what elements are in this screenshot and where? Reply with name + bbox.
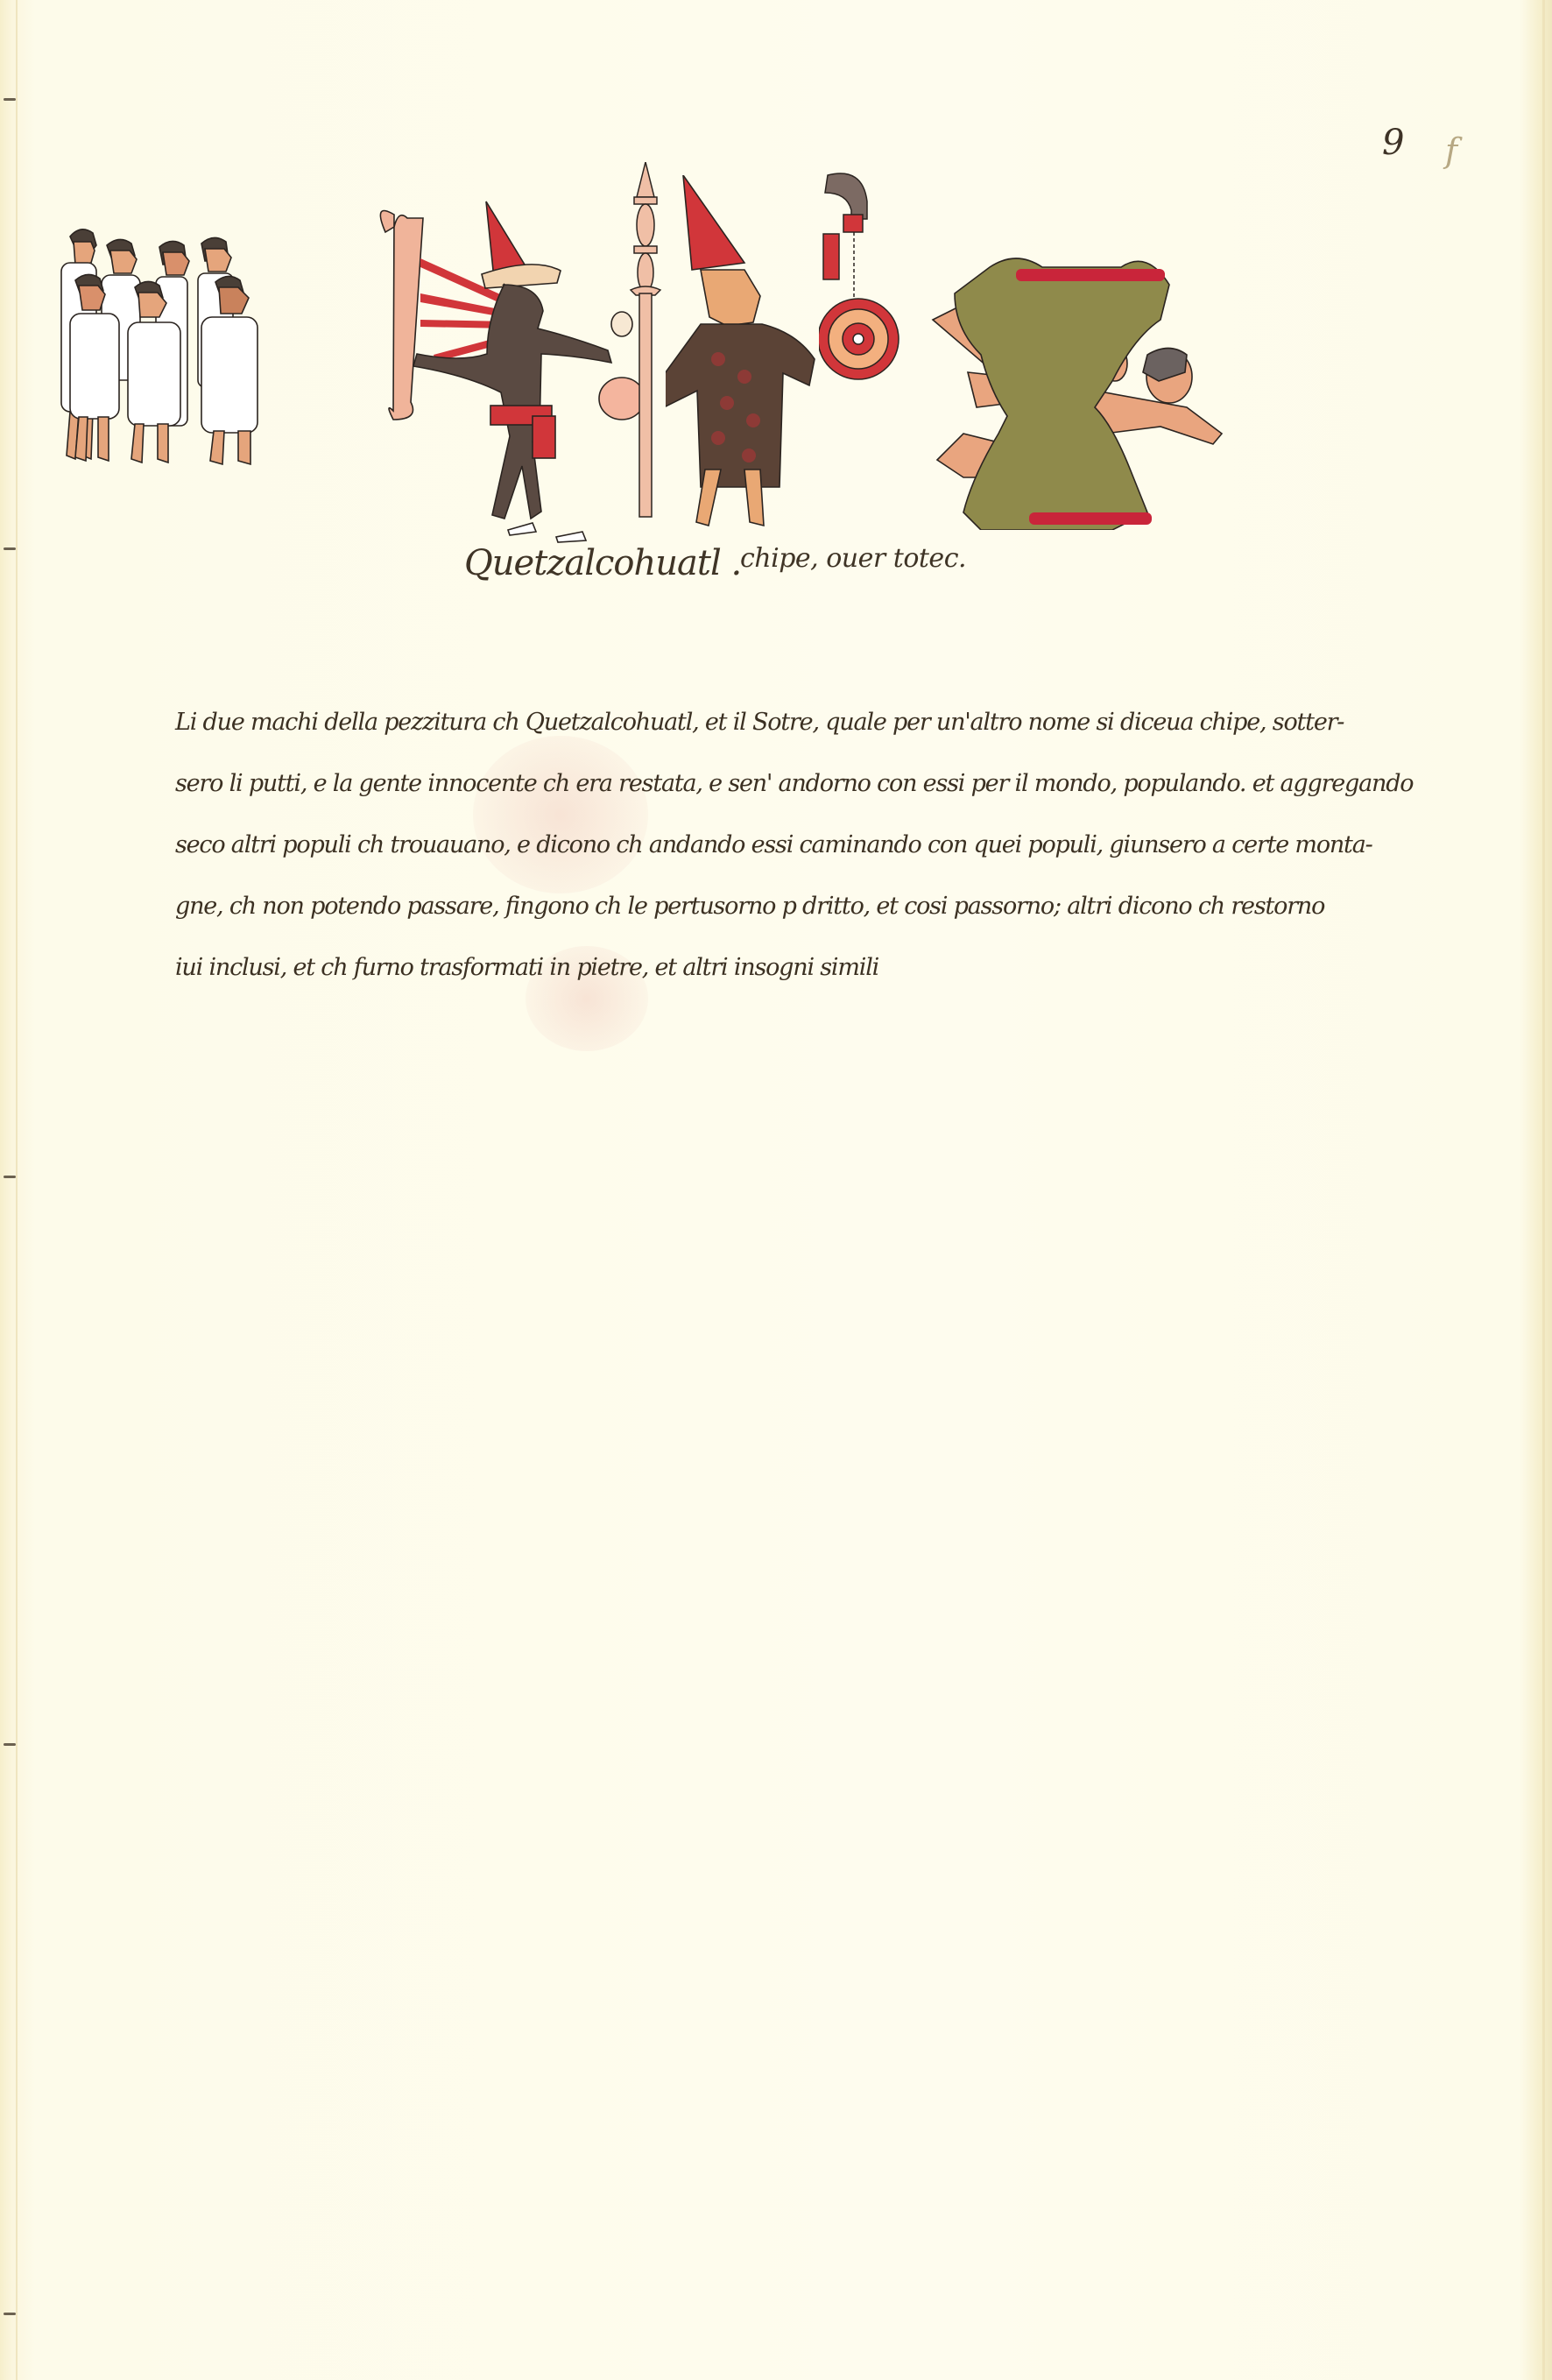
caption-chipe-totec: chipe, ouer totec.: [740, 543, 966, 574]
gloss-line: seco altri populi ch trouauano, e dicono…: [175, 815, 1506, 876]
gutter-line: [16, 0, 18, 2380]
curved-staff: [380, 211, 423, 420]
body: [413, 284, 611, 519]
feather-banner: [825, 173, 867, 219]
shield-banner-illustration: [819, 171, 915, 407]
old-folio-number: f: [1445, 131, 1457, 170]
caption-quetzalcohuatl: Quetzalcohuatl .: [464, 543, 741, 583]
spear-staff-illustration: [624, 162, 667, 521]
spotted-garment: [666, 324, 815, 487]
gloss-line: Li due machi della pezzitura ch Quetzalc…: [175, 692, 1506, 753]
binding-stitch-mark: [4, 98, 16, 101]
binding-stitch-mark: [4, 2313, 16, 2315]
quetzalcoatl-illustration: [359, 171, 648, 547]
gloss-line: iui inclusi, et ch furno trasformati in …: [175, 937, 1506, 999]
manuscript-page: 9 f: [0, 0, 1552, 2380]
red-bar-top: [1016, 269, 1165, 281]
binding-stitch-mark: [4, 547, 16, 550]
conical-hat: [683, 175, 744, 270]
gloss-line: sero li putti, e la gente innocente ch e…: [175, 753, 1506, 815]
binding-stitch-mark: [4, 1176, 16, 1178]
mountain-hourglass-illustration: [924, 241, 1239, 530]
page-right-edge: [1542, 0, 1545, 2380]
xipe-totec-illustration: [666, 175, 823, 534]
red-bar-bottom: [1029, 512, 1152, 525]
italian-gloss-text: Li due machi della pezzitura ch Quetzalc…: [175, 692, 1506, 999]
group-of-people-illustration: [44, 210, 272, 473]
folio-number: 9: [1382, 123, 1404, 163]
binding-stitch-mark: [4, 1743, 16, 1746]
gloss-line: gne, ch non potendo passare, fingono ch …: [175, 876, 1506, 937]
